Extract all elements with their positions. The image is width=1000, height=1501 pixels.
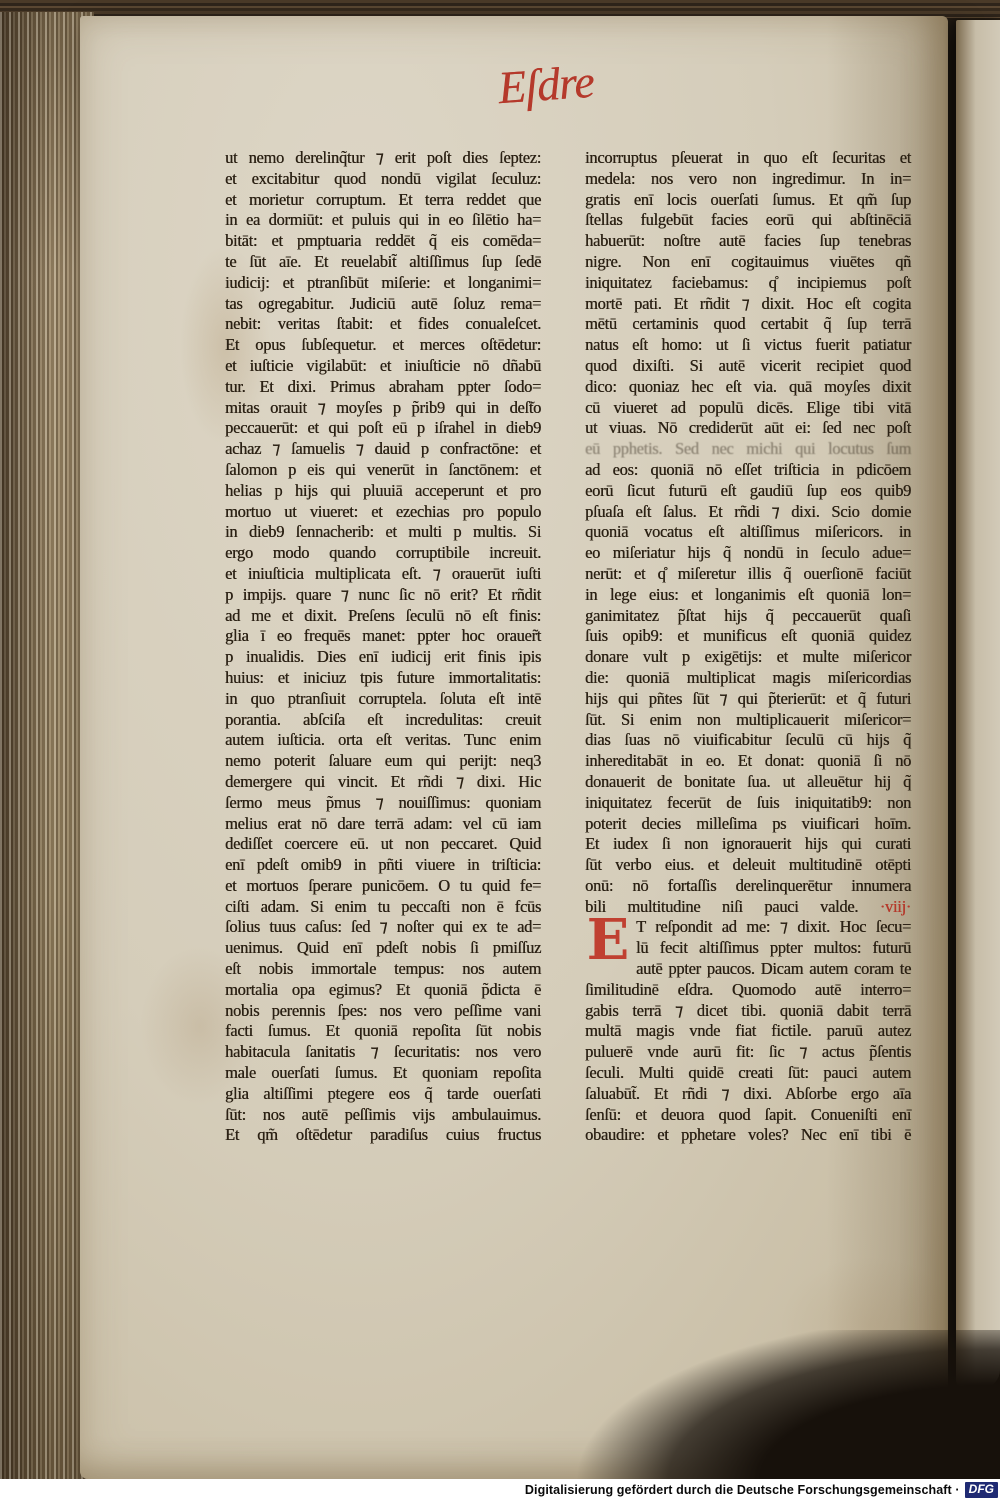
text-line: hijs qui pñtes ſūt ⁊ qui p̃terierūt: et … xyxy=(585,689,911,710)
text-line: ergo modo quando corruptibile increuit. xyxy=(225,543,541,564)
text-line: inhereditabāt in eo. Et donat: quoniā ſi… xyxy=(585,751,911,772)
manuscript-page: Eſdre ut nemo derelinq̃tur ⁊ erit poſt d… xyxy=(80,16,948,1479)
text-line: gabis terrā ⁊ dicet tibi. quoniā dabit t… xyxy=(585,1001,911,1022)
text-line: ſolius tuus caſus: ſed ⁊ noſter qui ex t… xyxy=(225,917,541,938)
text-line: bitāt: et pmptuaria reddēt q̃ eis comēda… xyxy=(225,231,541,252)
text-line: cū viueret ad populū dicēs. Elige tibi v… xyxy=(585,398,911,419)
running-title: Eſdre xyxy=(496,55,595,115)
text-line: quoniā vocatus eſt altiſſimus miſericors… xyxy=(585,522,911,543)
text-line: Et iudex ſi non ignorauerit hijs qui cur… xyxy=(585,834,911,855)
text-line: obaudire: et pphetare voles? Nec enī tib… xyxy=(585,1125,911,1146)
dfg-logo: DFG xyxy=(965,1482,998,1498)
text-line: ad eos: quoniā nō eſſet triſticia in pdi… xyxy=(585,460,911,481)
chapter-paragraph: E T reſpondit ad me: ⁊ dixit. Hoc ſecu=l… xyxy=(585,917,911,1146)
chapter-number: ·viij· xyxy=(858,897,911,916)
text-line: Et qm̃ oſtēdetur paradiſus cuius fructus xyxy=(225,1125,541,1146)
text-line: T reſpondit ad me: ⁊ dixit. Hoc ſecu= xyxy=(585,917,911,938)
dfg-footer-bar: Digitalisierung gefördert durch die Deut… xyxy=(0,1479,1000,1501)
text-block: T reſpondit ad me: ⁊ dixit. Hoc ſecu=lū … xyxy=(585,917,911,1146)
text-line: ſūt: nos autē peſſimis vijs ambulauimus. xyxy=(225,1105,541,1126)
text-line: in ea dormiūt: et puluis qui in eo ſilēt… xyxy=(225,210,541,231)
text-line: ſeculi. Multi quidē creati ſūt: pauci au… xyxy=(585,1063,911,1084)
text-line: mitas orauit ⁊ moyſes p p̃rib9 qui in de… xyxy=(225,398,541,419)
text-line: tur. Et dixi. Primus abraham ppter ſodo= xyxy=(225,377,541,398)
text-line: gratis enī locis ouerſati ſumus. Et qm̃ … xyxy=(585,190,911,211)
text-line: eū pphetis. Sed nec michi qui locutus ſu… xyxy=(585,439,911,460)
text-line: in dieb9 ſennacherib: et multi p multis.… xyxy=(225,522,541,543)
text-line: male ouerſati ſumus. Et quoniam repoſita xyxy=(225,1063,541,1084)
text-line: ſermo meus p̃mus ⁊ nouiſſimus: quoniam xyxy=(225,793,541,814)
text-line: eſt nobis immortale tempus: nos autem xyxy=(225,959,541,980)
text-line: tas ogregabitur. Judiciū autē ſoluz rema… xyxy=(225,294,541,315)
text-column-right: incorruptus pſeuerat in quo eſt ſecurita… xyxy=(585,148,911,1146)
text-line: puluerē vnde aurū fit: ſic ⁊ actus p̃ſen… xyxy=(585,1042,911,1063)
text-line: ſuis opib9: et munificus eſt quoniā quid… xyxy=(585,626,911,647)
text-line: helias p hijs qui pluuiā acceperunt et p… xyxy=(225,481,541,502)
text-line: natus eſt homo: ut ſi victus fuerit pati… xyxy=(585,335,911,356)
text-line: iniquitatez fecerūt de ſuis iniquitatib9… xyxy=(585,793,911,814)
text-line: dias ſuas nō viuificabitur ſeculū cū hij… xyxy=(585,730,911,751)
text-line: ſūt. Si enim non multiplicauerit miſeric… xyxy=(585,710,911,731)
text-line: eo miſeriatur hijs q̃ nondū in ſeculo ad… xyxy=(585,543,911,564)
text-line: donauerit de bonitate ſua. ut alleuētur … xyxy=(585,772,911,793)
text-line: nemo poterit ſaluare eum qui perijt: neq… xyxy=(225,751,541,772)
text-line: p inualidis. Dies enī iudicij erit finis… xyxy=(225,647,541,668)
text-line: nerūt: et q̊ miſeretur illis q̃ ouerſion… xyxy=(585,564,911,585)
text-line: multā magis vnde fiat fictile. paruū aut… xyxy=(585,1021,911,1042)
text-line: die: quoniā multiplicat magis miſericord… xyxy=(585,668,911,689)
next-page-edge xyxy=(956,20,1000,1388)
text-line: onū: nō fortaſſis derelinquerētur innume… xyxy=(585,876,911,897)
text-column-left: ut nemo derelinq̃tur ⁊ erit poſt dies ſe… xyxy=(225,148,541,1146)
text-line: dico: quoniaz hec eſt via. quā moyſes di… xyxy=(585,377,911,398)
text-line: et iniuſticia multiplicata eſt. ⁊ orauer… xyxy=(225,564,541,585)
text-line: et morietur corruptum. Et terra reddet q… xyxy=(225,190,541,211)
text-line: et excitabitur quod nondū vigilat ſeculu… xyxy=(225,169,541,190)
text-line: pſuaſa eſt ſalus. Et rñdi ⁊ dixi. Scio d… xyxy=(585,502,911,523)
text-line: lū fecit altiſſimus ppter multos: futurū xyxy=(585,938,911,959)
text-line: enī pdeſt omib9 in pñti viuere in triſti… xyxy=(225,855,541,876)
text-line: mortē pati. Et rñdit ⁊ dixit. Hoc eſt co… xyxy=(585,294,911,315)
text-line: dediſſet coercere eū. ut non peccaret. Q… xyxy=(225,834,541,855)
text-line: habitacula ſanitatis ⁊ ſecuritatis: nos … xyxy=(225,1042,541,1063)
text-line: ſaluabūt̃. Et rñdi ⁊ dixi. Abſorbe ergo … xyxy=(585,1084,911,1105)
text-line: bili multitudine niſi pauci valde. ·viij… xyxy=(585,897,911,918)
text-line: et iuſticie vigilabūt: et iniuſticie nō … xyxy=(225,356,541,377)
text-line: autē ppter paucos. Dicam autem coram te xyxy=(585,959,911,980)
text-line: mortuo ut viueret: et ezechias pro popul… xyxy=(225,502,541,523)
text-line: iniquitatez faciebamus: q̊ incipiemus po… xyxy=(585,273,911,294)
text-line: medela: nos vero non ingredimur. In in= xyxy=(585,169,911,190)
text-line: achaz ⁊ ſamuelis ⁊ dauid p confractōne: … xyxy=(225,439,541,460)
text-line: ciſti adam. Si enim tu peccaſti non ē fc… xyxy=(225,897,541,918)
text-line: in quo ptranſiuit corruptela. ſoluta eſt… xyxy=(225,689,541,710)
text-line: nigre. Non enī cogitauimus viuētes qñ xyxy=(585,252,911,273)
text-block: ut nemo derelinq̃tur ⁊ erit poſt dies ſe… xyxy=(225,148,541,1146)
text-line: facti ſumus. Et quoniā repoſita ſūt nobi… xyxy=(225,1021,541,1042)
text-line: glia altiſſimi ptegere eos q̃ tarde ouer… xyxy=(225,1084,541,1105)
text-line: demergere qui vincit. Et rñdi ⁊ dixi. Hi… xyxy=(225,772,541,793)
text-line: porantia. abſciſa eſt incredulitas: creu… xyxy=(225,710,541,731)
digitisation-credit: Digitalisierung gefördert durch die Deut… xyxy=(525,1483,960,1497)
text-line: habuerūt: noſtre autē facies ſup tenebra… xyxy=(585,231,911,252)
text-line: ad me et dixit. Preſens ſeculū nō eſt fi… xyxy=(225,606,541,627)
parchment-stain xyxy=(780,1256,960,1396)
text-line: Et opus ſubſequetur. et merces oſtēdetur… xyxy=(225,335,541,356)
text-line: nobis perennis ſpes: nos vero peſſime va… xyxy=(225,1001,541,1022)
text-line: mortalia opa egimus? Et quoniā p̃dicta ē xyxy=(225,980,541,1001)
text-line: quod dixiſti. Si autē vicerit recipiet q… xyxy=(585,356,911,377)
text-line: in lege eius: et longanimis eſt quoniā l… xyxy=(585,585,911,606)
text-line: huius: et iniciuz tpis future immortalit… xyxy=(225,668,541,689)
text-line: ſūt verbo eius. et deleuit multitudinē o… xyxy=(585,855,911,876)
text-line: nebit: veritas ſtabit: et fides conualeſ… xyxy=(225,314,541,335)
text-line: ſenſū: et deuora quod ſapit. Conueniſti … xyxy=(585,1105,911,1126)
text-line: ut nemo derelinq̃tur ⁊ erit poſt dies ſe… xyxy=(225,148,541,169)
text-line: mētū certaminis quod certabit q̃ ſup ter… xyxy=(585,314,911,335)
text-line: p impijs. quare ⁊ nunc ſic nō erit? Et r… xyxy=(225,585,541,606)
text-line: peccauerūt: et qui poſt eū p iſrahel in … xyxy=(225,418,541,439)
text-line: melius erat nō dare terrā adam: vel cū i… xyxy=(225,814,541,835)
text-line: iudicij: et ptranſibūt miſerie: et longa… xyxy=(225,273,541,294)
text-line: ſalomon p eis qui venerūt in ſanctōnem: … xyxy=(225,460,541,481)
text-line: incorruptus pſeuerat in quo eſt ſecurita… xyxy=(585,148,911,169)
text-block: incorruptus pſeuerat in quo eſt ſecurita… xyxy=(585,148,911,917)
text-line: te ſūt aīe. Et reuelabit̃ altiſſimus ſup… xyxy=(225,252,541,273)
text-line: glia ī eo frequēs manet: ppter hoc oraue… xyxy=(225,626,541,647)
text-line: ganimitatez p̃ſtat hijs q̃ peccauerūt qu… xyxy=(585,606,911,627)
text-line: ut viuas. Nō crediderūt aūt ei: ſed nec … xyxy=(585,418,911,439)
text-line: eorū ſicut futurū eſt gaudiū ſup eos qui… xyxy=(585,481,911,502)
text-line: uenimus. Quid enī pdeſt nobis ſi pmiſſuz xyxy=(225,938,541,959)
text-line: donare vult p exigētijs: et multe miſeri… xyxy=(585,647,911,668)
text-line: ſimilitudinē eſdra. Quomodo autē interro… xyxy=(585,980,911,1001)
text-line: ſtellas fulgebūt facies eorū qui abſtinē… xyxy=(585,210,911,231)
lombard-initial: E xyxy=(585,918,631,960)
text-line: et mortuos ſperare punicōem. O tu quid f… xyxy=(225,876,541,897)
text-line: autem iuſticia. orta eſt veritas. Tunc e… xyxy=(225,730,541,751)
text-line: poterit decies milleſima ps viuificari h… xyxy=(585,814,911,835)
